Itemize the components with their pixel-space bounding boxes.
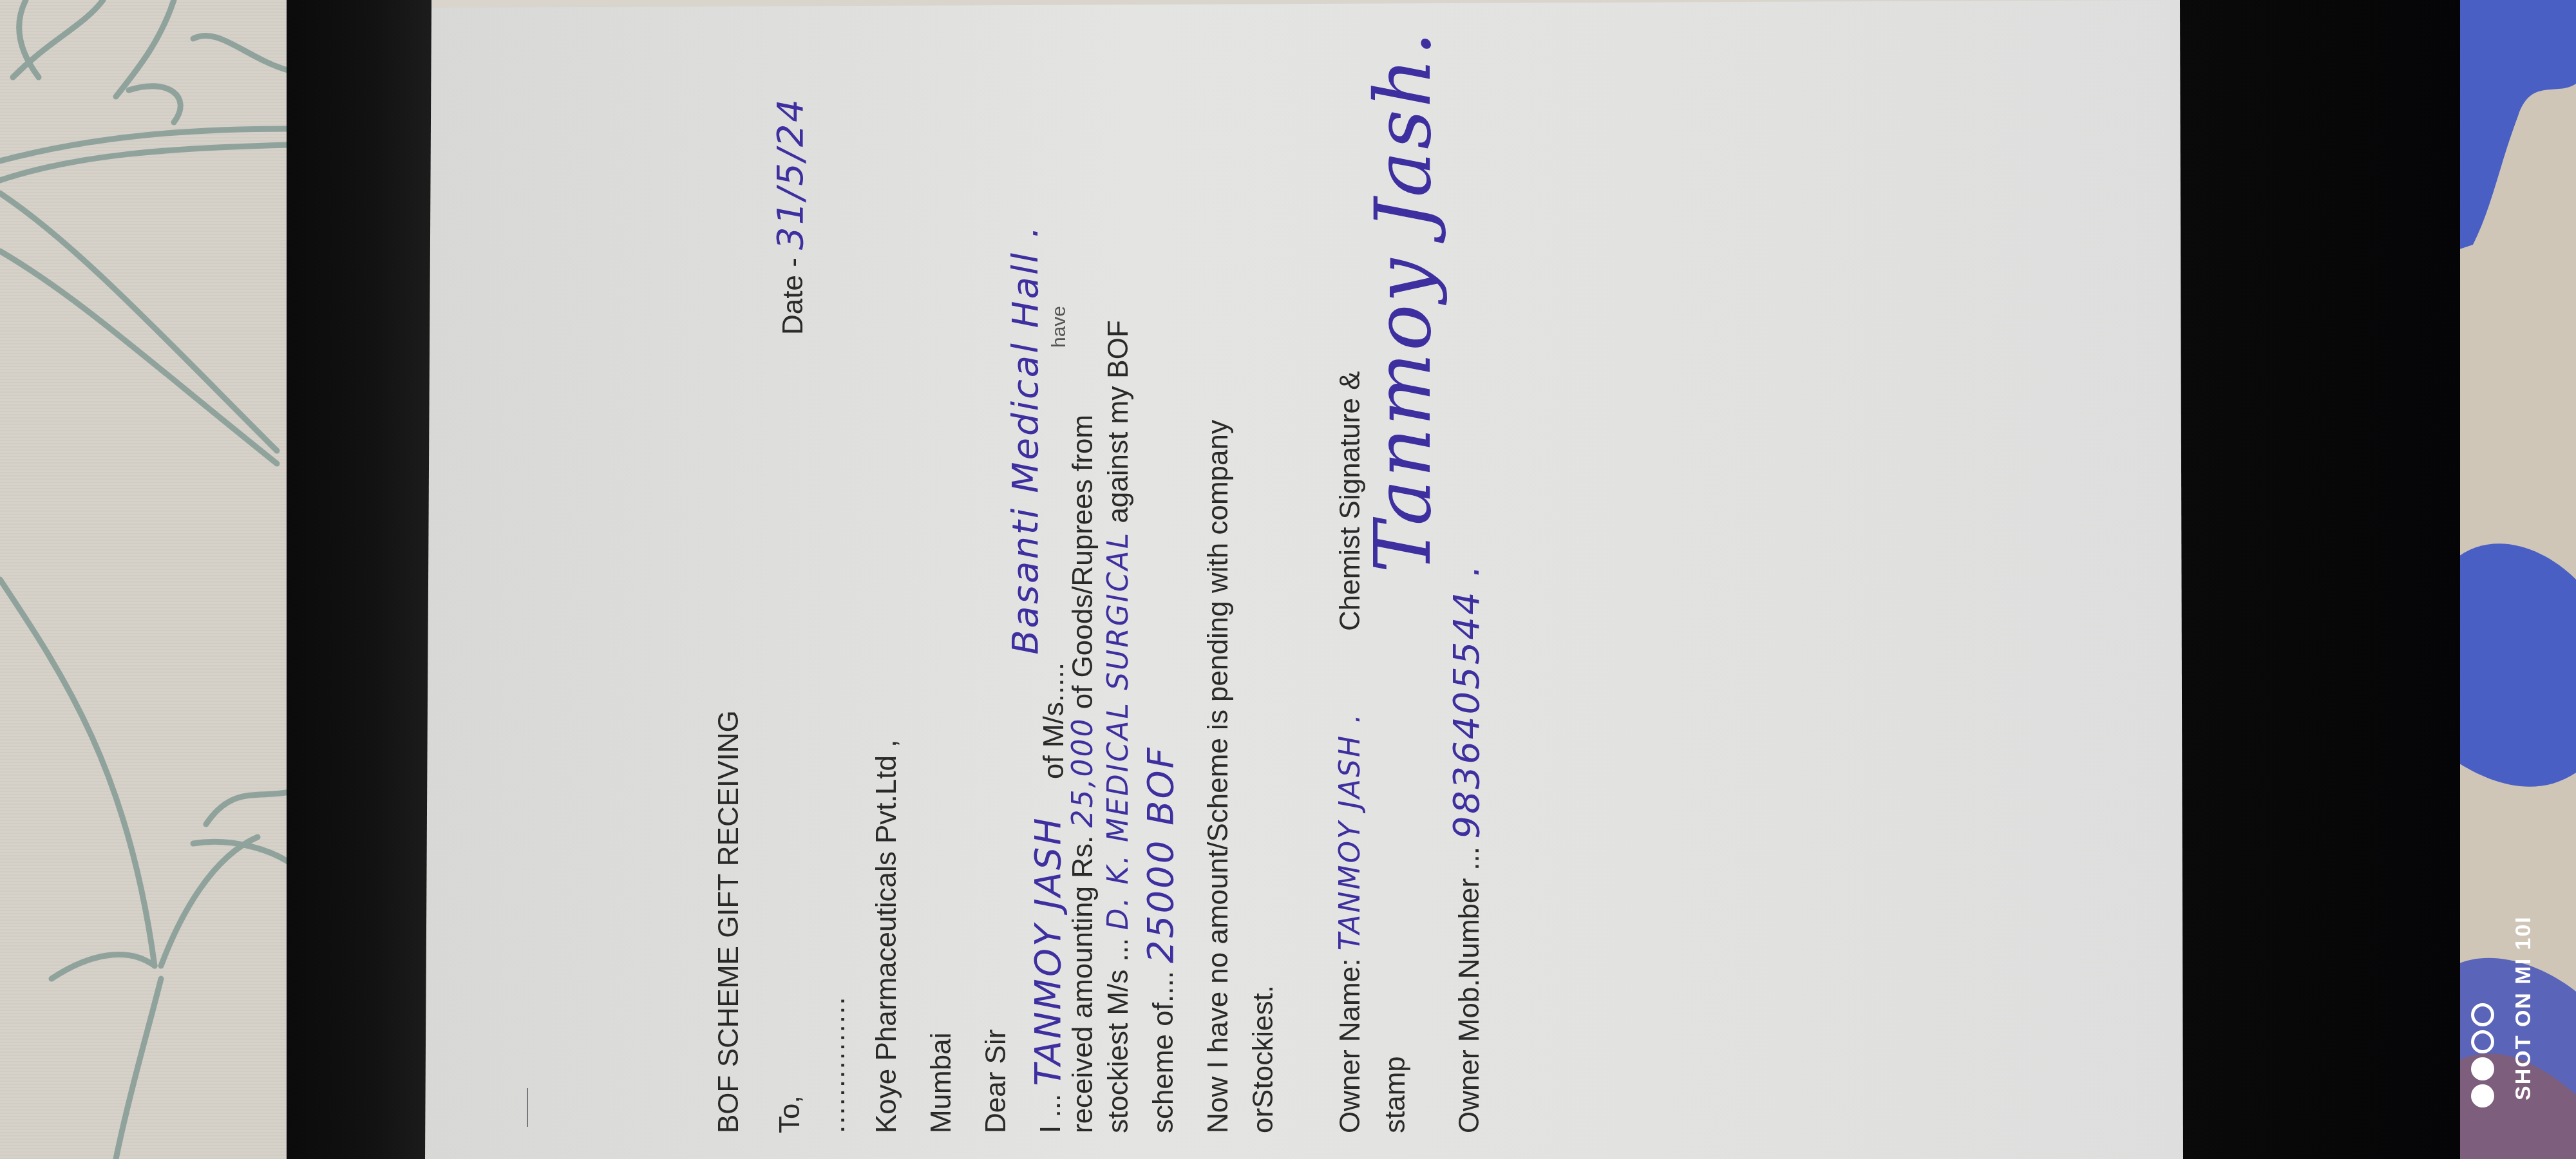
watermark-text: SHOT ON MI 10I [2511,916,2536,1100]
dot-hollow-icon [2471,1030,2494,1053]
owner-name-field: Owner Name: TANMOY JASH . [1336,712,1365,1133]
fabric-background-left [0,0,290,1159]
dot-hollow-icon [2471,1003,2494,1026]
pen-mark [527,1088,528,1127]
camera-watermark: SHOT ON MI 10I [2470,803,2495,1107]
body-line-1: I ... TANMOY JASH [1030,816,1066,1133]
owner-name-value: TANMOY JASH . [1334,712,1367,950]
stamp-label: stamp [1381,1056,1410,1133]
dot-filled-icon [2471,1084,2494,1107]
binder-spine-left [287,0,431,1159]
company-name: Koye Pharmaceuticals Pvt.Ltd , [873,740,901,1133]
owner-mobile-field: Owner Mob.Number ... 9836405544 . [1449,563,1485,1133]
have-word: have [1050,306,1069,348]
stockist-name: D. K. MEDICAL SURGICAL [1102,531,1135,930]
document-form: BOF SCHEME GIFT RECEIVING Date - 31/5/24… [715,26,1681,1133]
owner-mobile-label: Owner Mob.Number ... [1454,847,1485,1133]
body-line-3: stockiest M/s ... D. K. MEDICAL SURGICAL… [1104,320,1133,1133]
dot-filled-icon [2471,1057,2494,1080]
to-label: To, [776,1095,804,1133]
watermark-dots-icon [2471,1003,2494,1107]
date-field: Date - 31/5/24 [773,97,809,335]
body-line-6: orStockiest. [1249,985,1278,1133]
chemist-firm-name: Basanti Medical Hall . [1005,224,1046,655]
leaf-pattern-icon [0,0,290,1159]
body-line-5: Now I have no amount/Scheme is pending w… [1204,420,1233,1133]
amount-value: 25,000 [1066,717,1099,828]
owner-mobile-value: 9836405544 . [1446,563,1488,839]
city: Mumbai [927,1033,956,1134]
date-label: Date - [777,258,809,335]
owner-name-label: Owner Name: [1334,959,1366,1133]
body-line-2: received amounting Rs. 25,000 of Goods/R… [1069,415,1097,1133]
scheme-value: 25000 BOF [1140,746,1182,963]
salutation: Dear Sir [982,1030,1010,1133]
body-line-4: scheme of.... 25000 BOF [1143,746,1179,1133]
to-blank: ............... [821,996,849,1133]
date-value: 31/5/24 [770,97,811,250]
document-title: BOF SCHEME GIFT RECEIVING [715,710,743,1133]
chemist-signature: Tanmoy Jash. [1365,30,1443,573]
binder-cover-right [2177,0,2460,1159]
receiver-name: TANMOY JASH [1027,816,1069,1086]
